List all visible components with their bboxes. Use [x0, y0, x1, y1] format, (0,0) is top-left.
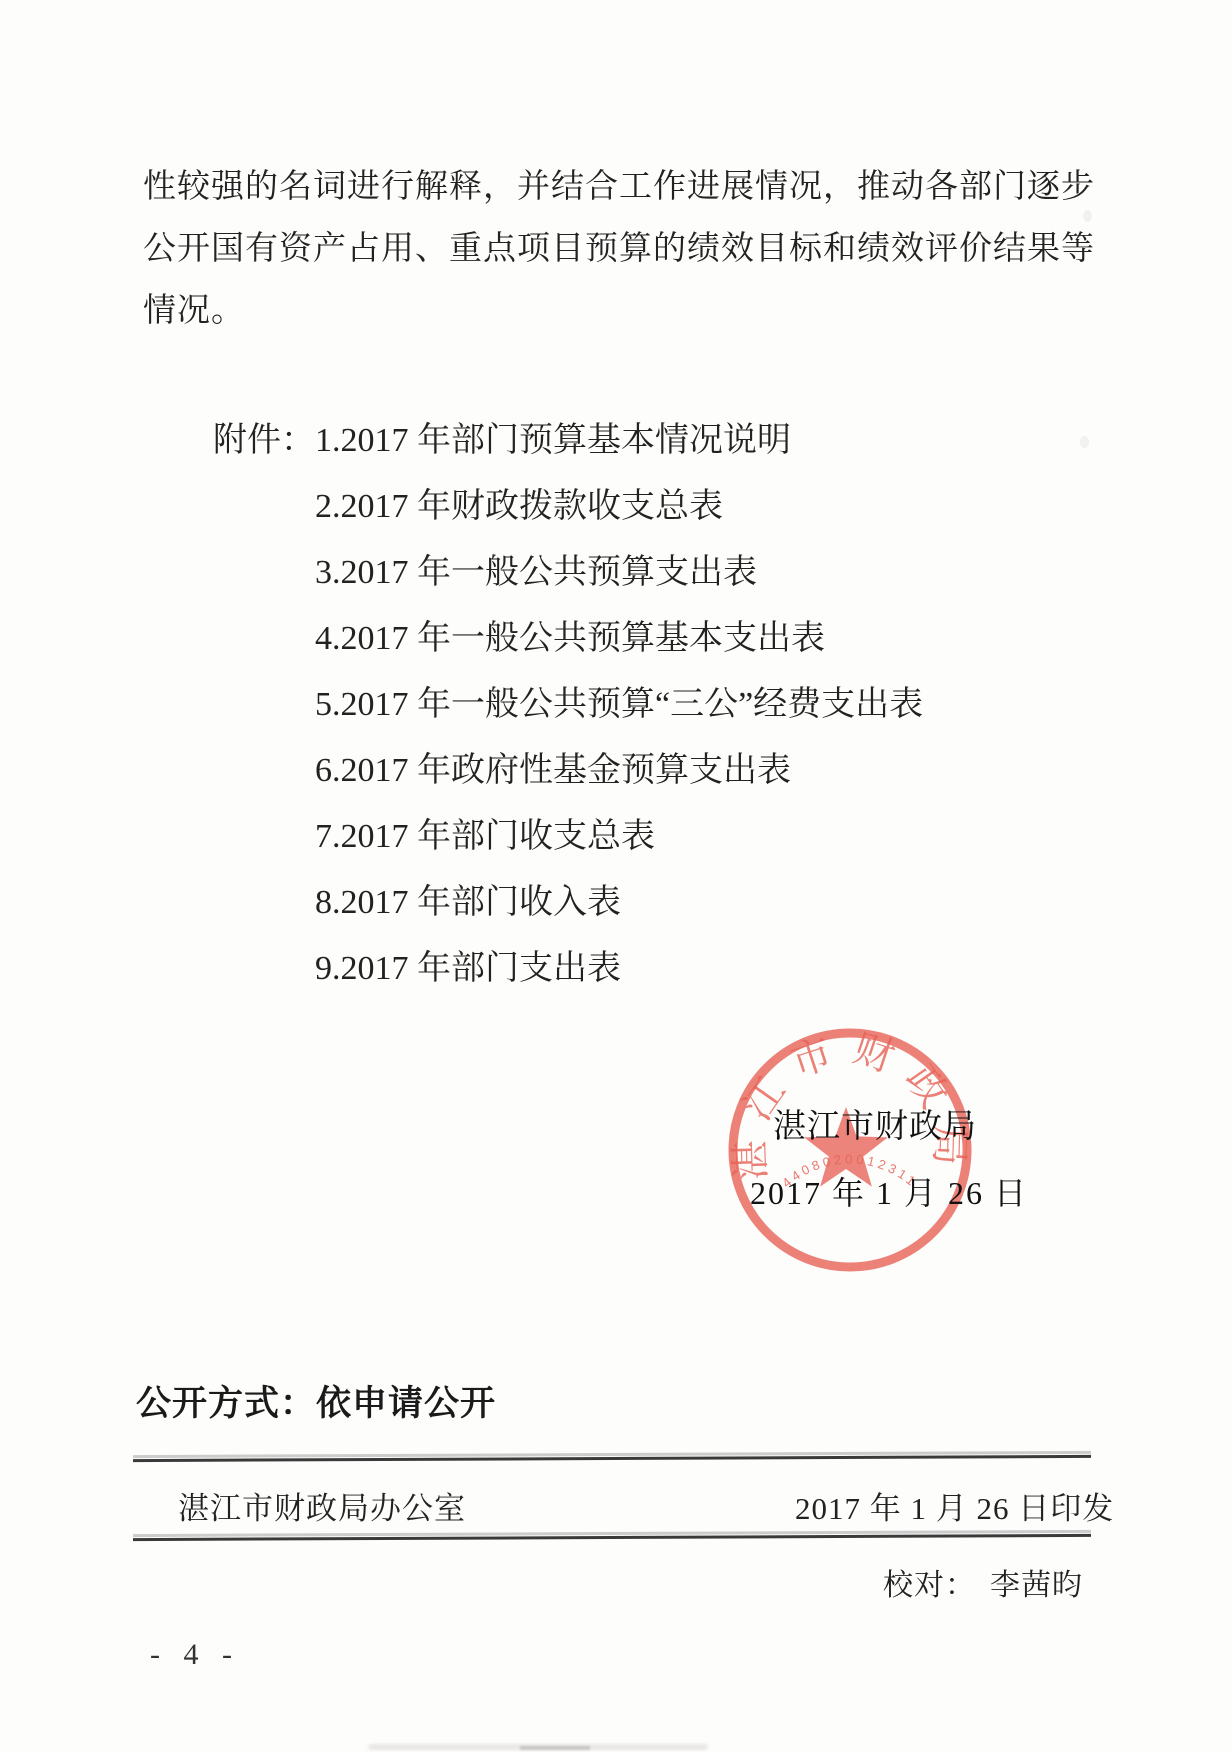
disclosure-method: 公开方式：依申请公开	[136, 1376, 496, 1426]
signature-agency: 湛江市财政局	[773, 1100, 977, 1147]
attachment-item: 1.2017 年部门预算基本情况说明	[315, 412, 791, 461]
official-seal: 湛江市财政局 4408020012311	[700, 1000, 1000, 1300]
scan-smudge	[520, 1746, 590, 1750]
footer-rule-bottom	[133, 1534, 1091, 1541]
proofread-name: 李茜昀	[990, 1569, 1083, 1602]
scan-speck	[1083, 210, 1092, 222]
scan-speck	[1080, 436, 1089, 448]
attachment-item: 5.2017 年一般公共预算“三公”经费支出表	[315, 676, 923, 725]
paragraph-line: 公开国有资产占用、重点项目预算的绩效目标和绩效评价结果等	[143, 222, 1095, 269]
attachment-item: 2.2017 年财政拨款收支总表	[315, 478, 723, 527]
footer-issuing-office: 湛江市财政局办公室	[178, 1483, 466, 1528]
signature-date: 2017 年 1 月 26 日	[750, 1168, 1028, 1214]
attachment-item: 6.2017 年政府性基金预算支出表	[315, 742, 791, 791]
attachment-item: 8.2017 年部门收入表	[315, 874, 621, 923]
attachment-item: 3.2017 年一般公共预算支出表	[315, 544, 757, 593]
proofread-row: 校对：李茜昀	[883, 1560, 1083, 1604]
attachment-item: 7.2017 年部门收支总表	[315, 808, 655, 857]
footer-print-date: 2017 年 1 月 26 日印发	[795, 1483, 1114, 1528]
document-scan: 性较强的名词进行解释，并结合工作进展情况，推动各部门逐步 公开国有资产占用、重点…	[0, 0, 1232, 1752]
attachment-item: 9.2017 年部门支出表	[315, 940, 621, 989]
proofread-label: 校对：	[883, 1569, 976, 1602]
attachment-item: 4.2017 年一般公共预算基本支出表	[315, 610, 825, 659]
paragraph-line: 情况。	[143, 284, 245, 331]
footer-rule-top	[133, 1455, 1091, 1462]
attachments-label: 附件：	[213, 412, 315, 461]
page-number: - 4 -	[150, 1638, 240, 1672]
paragraph-line: 性较强的名词进行解释，并结合工作进展情况，推动各部门逐步	[143, 160, 1095, 207]
